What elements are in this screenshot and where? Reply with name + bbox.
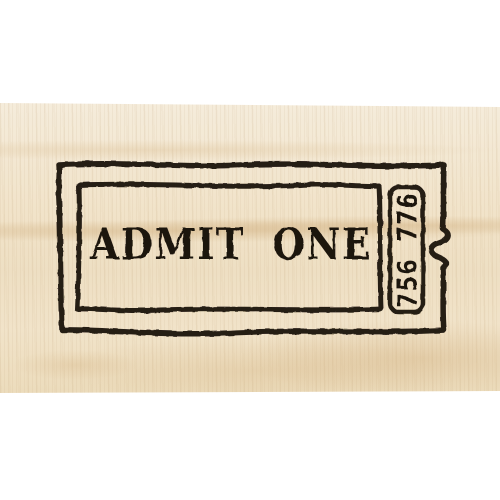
product-photo: ADMIT ONE 756 776 — [0, 0, 500, 500]
ticket-title: ADMIT ONE — [89, 220, 372, 270]
ticket-stamp-artwork: ADMIT ONE 756 776 — [0, 0, 500, 500]
serial-number: 756 776 — [393, 192, 424, 308]
